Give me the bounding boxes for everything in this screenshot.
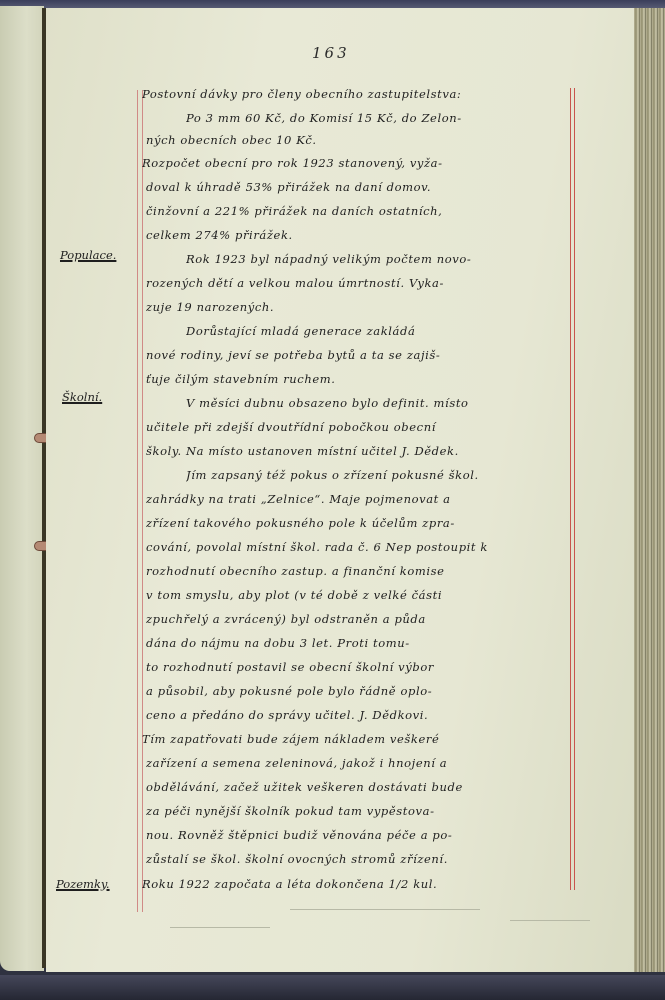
text-line: nou. Rovněž štěpnici budiž věnována péče… (146, 828, 566, 842)
text-line: školy. Na místo ustanoven místní učitel … (146, 444, 566, 458)
margin-note-populace: Populace. (60, 248, 116, 262)
text-line: zůstalí se škol. školní ovocných stromů … (146, 852, 566, 866)
text-line: učitele při zdejší dvoutřídní pobočkou o… (146, 420, 566, 434)
text-line: Po 3 mm 60 Kč, do Komisí 15 Kč, do Zelon… (186, 111, 566, 125)
text-line: zahrádky na trati „Zelnice“. Maje pojmen… (146, 492, 566, 506)
text-line: V měsíci dubnu obsazeno bylo definit. mí… (186, 396, 566, 410)
text-line: to rozhodnutí postavil se obecní školní … (146, 660, 566, 674)
text-line: ťuje čilým stavebním ruchem. (146, 372, 566, 386)
text-line: Rok 1923 byl nápadný velikým počtem novo… (186, 252, 566, 266)
text-line: ných obecních obec 10 Kč. (146, 133, 566, 147)
margin-note-pozemky: Pozemky. (56, 877, 110, 891)
photo-bottom-shadow (0, 975, 665, 1000)
text-line: zuje 19 narozených. (146, 300, 566, 314)
text-line: Jím zapsaný též pokus o zřízení pokusné … (186, 468, 566, 482)
text-line: rozených dětí a velkou malou úmrtností. … (146, 276, 566, 290)
right-margin-rule (570, 88, 575, 890)
page-stack-edges (634, 8, 665, 972)
text-line: Rozpočet obecní pro rok 1923 stanovený, … (142, 156, 562, 170)
left-margin-rule (137, 90, 143, 912)
text-line: zpuchřelý a zvrácený) byl odstraněn a pů… (146, 612, 566, 626)
text-line: rozhodnutí obecního zastup. a finanční k… (146, 564, 566, 578)
text-line: dána do nájmu na dobu 3 let. Proti tomu- (146, 636, 566, 650)
text-line: ceno a předáno do správy učitel. J. Dědk… (146, 708, 566, 722)
text-line: v tom smyslu, aby plot (v té době z velk… (146, 588, 566, 602)
text-line: Tím zapatřovati bude zájem nákladem vešk… (142, 732, 562, 746)
text-line: Dorůstající mladá generace zakládá (186, 324, 566, 338)
text-line: Roku 1922 započata a léta dokončena 1/2 … (142, 877, 562, 891)
text-line: za péči nynější školník pokud tam vypěst… (146, 804, 566, 818)
text-line: a působil, aby pokusné pole bylo řádně o… (146, 684, 566, 698)
text-line: nové rodiny, jeví se potřeba bytů a ta s… (146, 348, 566, 362)
left-page-edge (0, 6, 44, 971)
text-line: celkem 274% přirážek. (146, 228, 566, 242)
guide-line (290, 909, 480, 910)
text-line: obdělávání, začež užitek veškeren dostáv… (146, 780, 566, 794)
text-line: zřízení takového pokusného pole k účelům… (146, 516, 566, 530)
page-number: 163 (312, 44, 350, 62)
guide-line (170, 927, 270, 928)
text-line: zařízení a semena zeleninová, jakož i hn… (146, 756, 566, 770)
text-line: cování, povolal místní škol. rada č. 6 N… (146, 540, 566, 554)
margin-note-skolni: Školní. (62, 390, 102, 404)
text-line: doval k úhradě 53% přirážek na daní domo… (146, 180, 566, 194)
guide-line (510, 920, 590, 921)
text-line: činžovní a 221% přirážek na daních ostat… (146, 204, 566, 218)
text-line: Postovní dávky pro členy obecního zastup… (142, 87, 562, 101)
